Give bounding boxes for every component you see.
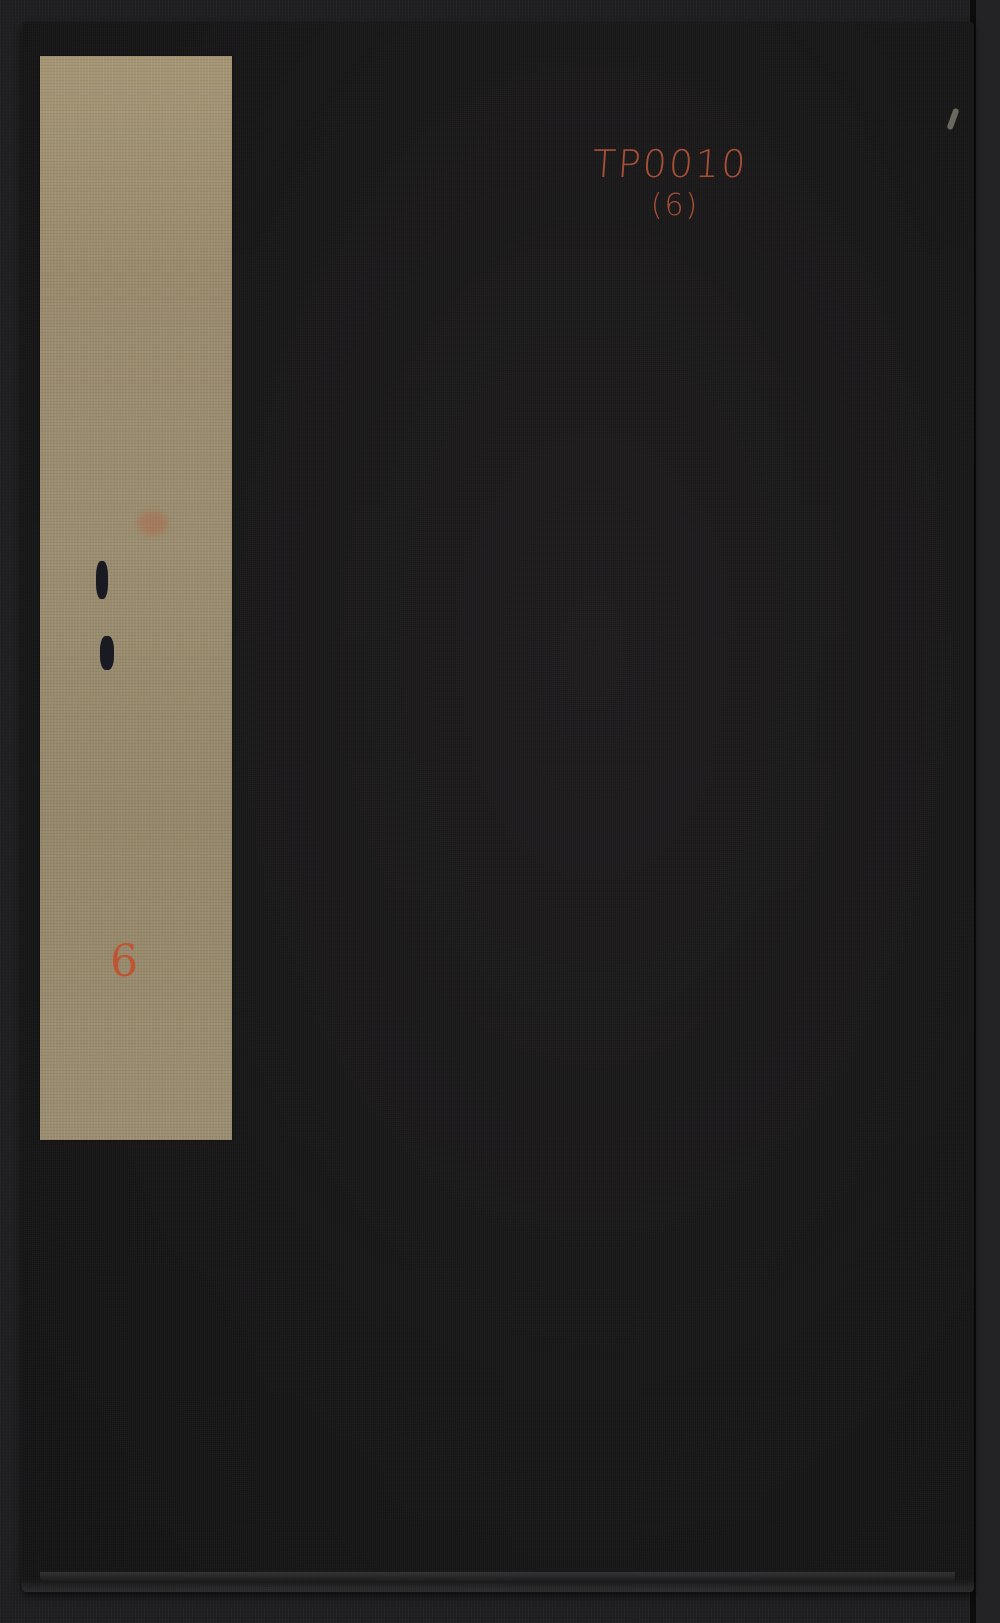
ink-character-2 <box>100 636 114 670</box>
title-label-strip: 6 <box>40 56 232 1140</box>
board-bottom-edge <box>40 1572 955 1582</box>
shelfmark-annotation: TP0010 (6) <box>570 142 770 226</box>
book-case-background: 6 TP0010 (6) <box>0 0 1000 1623</box>
volume-number: 6 <box>110 936 138 987</box>
ink-character-1 <box>96 561 108 599</box>
shelfmark-code: TP0010 <box>568 142 771 186</box>
spine-strip <box>970 0 1000 1623</box>
shelfmark-volume: (6) <box>580 186 770 226</box>
faded-red-mark <box>138 511 168 535</box>
